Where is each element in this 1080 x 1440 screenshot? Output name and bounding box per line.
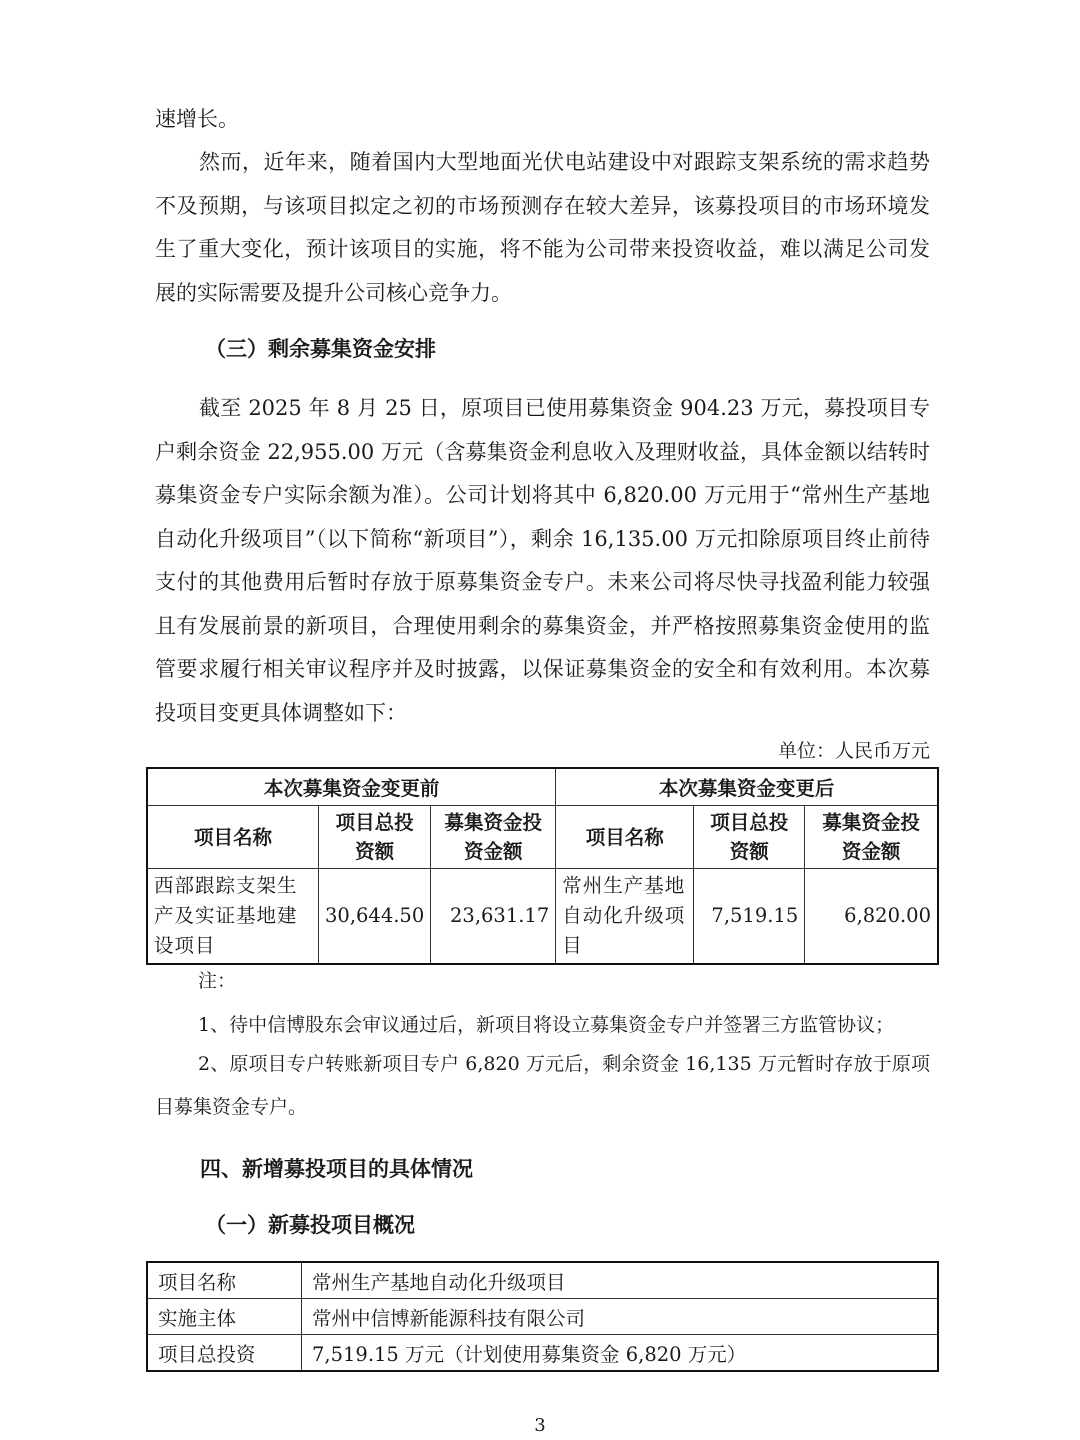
unit-label: 单位：人民币万元 (778, 736, 930, 763)
table-row: 项目名称 常州生产基地自动化升级项目 (147, 1262, 938, 1299)
overview-key: 项目总投资 (147, 1335, 302, 1372)
col-header-name-after: 项目名称 (556, 806, 694, 869)
paragraph-market-change: 然而，近年来，随着国内大型地面光伏电站建设中对跟踪支架系统的需求趋势不及预期，与… (155, 141, 930, 315)
note-1: 1、待中信博股东会审议通过后，新项目将设立募集资金专户并签署三方监管协议； (198, 1010, 894, 1037)
heading-section-4: 四、新增募投项目的具体情况 (200, 1153, 473, 1183)
overview-value: 常州中信博新能源科技有限公司 (302, 1299, 939, 1335)
project-overview-table: 项目名称 常州生产基地自动化升级项目 实施主体 常州中信博新能源科技有限公司 项… (146, 1261, 939, 1372)
cell-after-total: 7,519.15 (694, 869, 805, 965)
cell-after-raised: 6,820.00 (805, 869, 938, 965)
overview-key: 项目名称 (147, 1262, 302, 1299)
note-label: 注： (198, 966, 236, 993)
paragraph-continuation: 速增长。 (155, 98, 930, 142)
overview-key: 实施主体 (147, 1299, 302, 1335)
heading-remaining-funds: （三）剩余募集资金安排 (205, 333, 436, 363)
paragraph-remaining-funds: 截至 2025 年 8 月 25 日，原项目已使用募集资金 904.23 万元，… (155, 387, 930, 735)
cell-after-name: 常州生产基地自动化升级项目 (556, 869, 694, 965)
page-number: 3 (0, 1415, 1080, 1436)
note-2: 2、原项目专户转账新项目专户 6,820 万元后，剩余资金 16,135 万元暂… (155, 1043, 930, 1129)
overview-value: 7,519.15 万元（计划使用募集资金 6,820 万元） (302, 1335, 939, 1372)
group-header-before: 本次募集资金变更前 (147, 768, 556, 806)
heading-new-project-overview: （一）新募投项目概况 (205, 1209, 415, 1239)
col-header-name-before: 项目名称 (147, 806, 319, 869)
cell-before-name: 西部跟踪支架生产及实证基地建设项目 (147, 869, 319, 965)
col-header-raised-after: 募集资金投资金额 (805, 806, 938, 869)
overview-value: 常州生产基地自动化升级项目 (302, 1262, 939, 1299)
table-row: 西部跟踪支架生产及实证基地建设项目 30,644.50 23,631.17 常州… (147, 869, 938, 965)
table-row: 项目总投资 7,519.15 万元（计划使用募集资金 6,820 万元） (147, 1335, 938, 1372)
col-header-raised-before: 募集资金投资金额 (431, 806, 556, 869)
group-header-after: 本次募集资金变更后 (556, 768, 938, 806)
col-header-total-after: 项目总投资额 (694, 806, 805, 869)
document-page: 速增长。 然而，近年来，随着国内大型地面光伏电站建设中对跟踪支架系统的需求趋势不… (0, 0, 1080, 1440)
col-header-total-before: 项目总投资额 (319, 806, 431, 869)
table-row: 实施主体 常州中信博新能源科技有限公司 (147, 1299, 938, 1335)
cell-before-raised: 23,631.17 (431, 869, 556, 965)
cell-before-total: 30,644.50 (319, 869, 431, 965)
fund-change-table: 本次募集资金变更前 本次募集资金变更后 项目名称 项目总投资额 募集资金投资金额… (146, 767, 939, 965)
